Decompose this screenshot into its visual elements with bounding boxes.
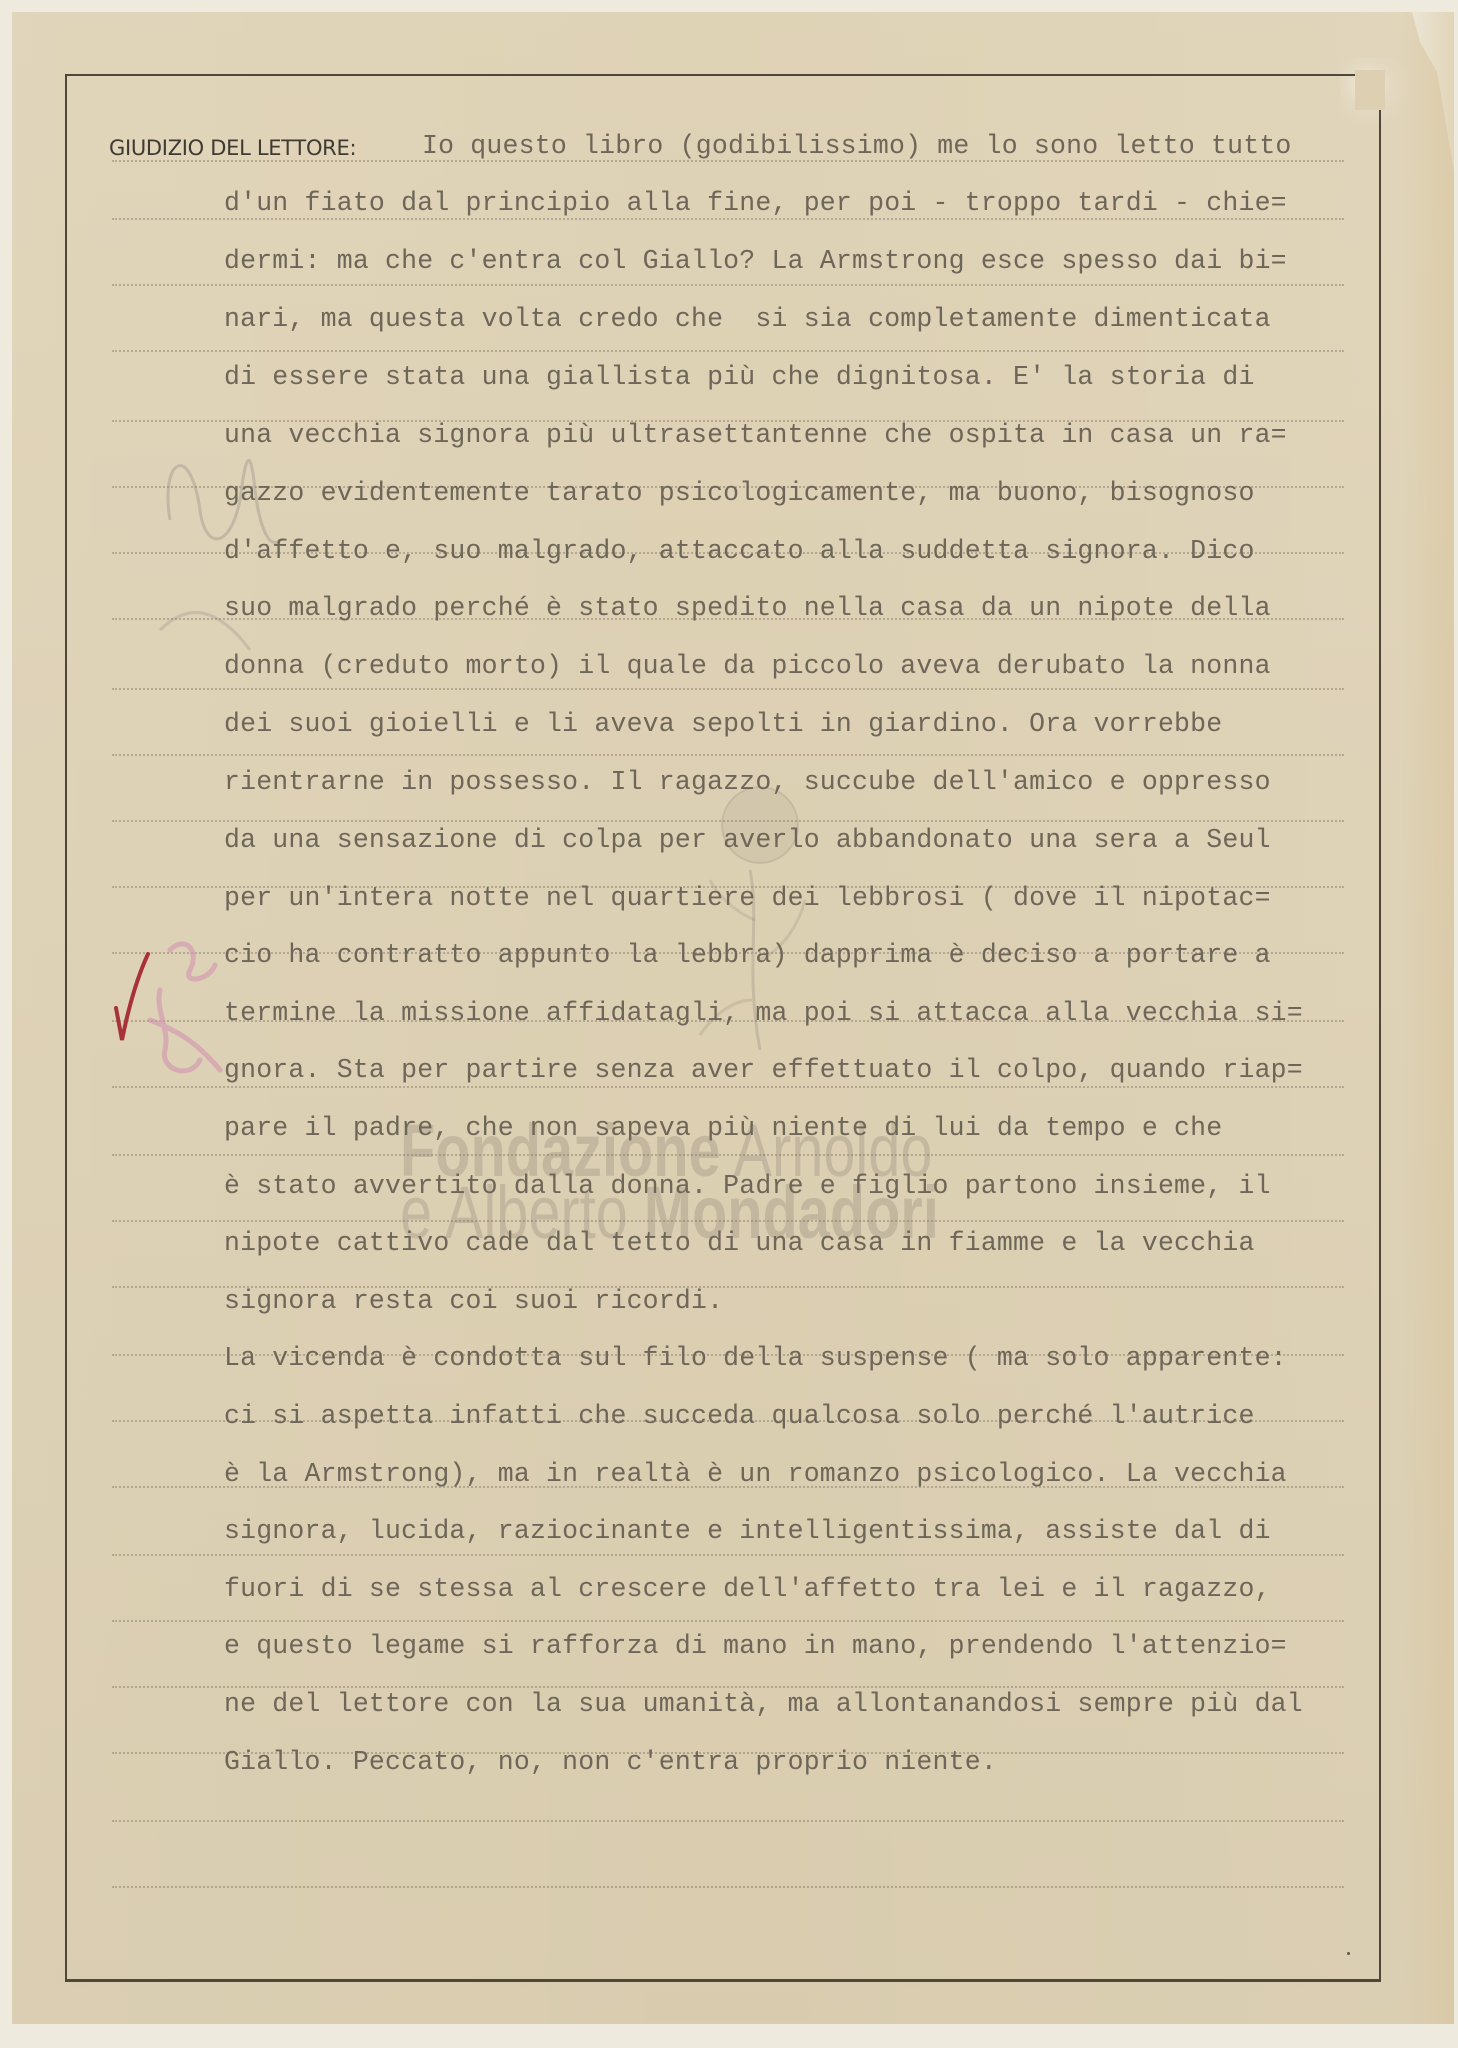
review-line: dei suoi gioielli e li aveva sepolti in … (224, 709, 1222, 739)
ruled-line (112, 1620, 1344, 1622)
review-line: ci si aspetta infatti che succeda qualco… (224, 1401, 1255, 1431)
ruled-line (112, 754, 1344, 756)
review-line: suo malgrado perché è stato spedito nell… (224, 593, 1271, 623)
ruled-line (112, 1086, 1344, 1088)
review-line: per un'intera notte nel quartiere dei le… (224, 883, 1271, 913)
ruled-line (112, 284, 1344, 286)
ruled-line (112, 218, 1344, 220)
ruled-line (112, 1154, 1344, 1156)
review-line: ne del lettore con la sua umanità, ma al… (224, 1689, 1303, 1719)
review-line: e questo legame si rafforza di mano in m… (224, 1631, 1287, 1661)
ruled-line (112, 1886, 1344, 1888)
review-line: gnora. Sta per partire senza aver effett… (224, 1055, 1303, 1085)
review-line: donna (creduto morto) il quale da piccol… (224, 651, 1271, 681)
ruled-line (112, 350, 1344, 352)
stray-ink-dot (1347, 1952, 1350, 1955)
review-line: nipote cattivo cade dal tetto di una cas… (224, 1228, 1255, 1258)
review-line: di essere stata una giallista più che di… (224, 362, 1255, 392)
review-line: signora, lucida, raziocinante e intellig… (224, 1516, 1271, 1546)
review-line: termine la missione affidatagli, ma poi … (224, 998, 1303, 1028)
review-line: signora resta coi suoi ricordi. (224, 1286, 723, 1316)
review-line: Io questo libro (godibilissimo) me lo so… (422, 131, 1292, 161)
review-line: pare il padre, che non sapeva più niente… (224, 1113, 1222, 1143)
ruled-line (112, 688, 1344, 690)
review-line: Giallo. Peccato, no, non c'entra proprio… (224, 1747, 997, 1777)
review-line: è la Armstrong), ma in realtà è un roman… (224, 1459, 1287, 1489)
review-line: d'un fiato dal principio alla fine, per … (224, 188, 1287, 218)
review-line: gazzo evidentemente tarato psicologicame… (224, 478, 1255, 508)
form-label: GIUDIZIO DEL LETTORE: (109, 136, 356, 160)
review-line: nari, ma questa volta credo che si sia c… (224, 304, 1271, 334)
review-line: è stato avvertito dalla donna. Padre e f… (224, 1171, 1271, 1201)
review-line: La vicenda è condotta sul filo della sus… (224, 1343, 1287, 1373)
ruled-line (112, 1820, 1344, 1822)
ruled-line (112, 1554, 1344, 1556)
ruled-line (112, 1220, 1344, 1222)
review-line: una vecchia signora più ultrasettantenne… (224, 420, 1287, 450)
frame-corner-damage (1355, 70, 1385, 110)
review-line: rientrarne in possesso. Il ragazzo, succ… (224, 767, 1271, 797)
review-line: cio ha contratto appunto la lebbra) dapp… (224, 940, 1271, 970)
review-line: fuori di se stessa al crescere dell'affe… (224, 1574, 1271, 1604)
review-line: dermi: ma che c'entra col Giallo? La Arm… (224, 246, 1287, 276)
red-checkmark-icon (112, 950, 152, 1050)
review-line: da una sensazione di colpa per averlo ab… (224, 825, 1271, 855)
ruled-line (112, 1686, 1344, 1688)
review-line: d'affetto e, suo malgrado, attaccato all… (224, 536, 1255, 566)
